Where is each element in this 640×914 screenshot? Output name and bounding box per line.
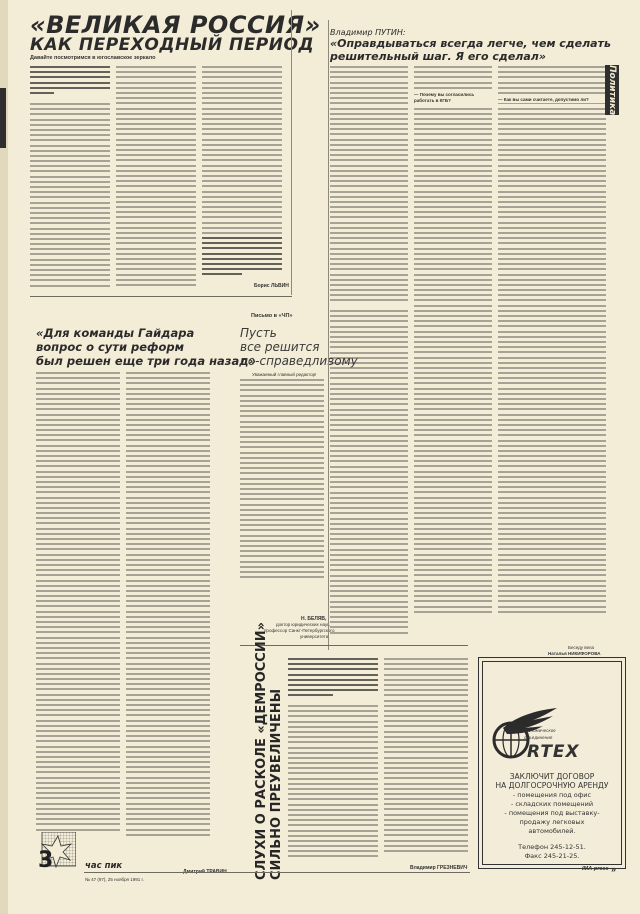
- russia-subtitle: Давайте посмотримся в югославское зеркал…: [30, 55, 155, 61]
- putin-credit-label: Беседу вела: [568, 645, 594, 650]
- letter-signature-title1: доктор юридических наук,: [276, 622, 330, 627]
- ortex-item-1: - помещения под офис: [479, 791, 625, 799]
- letter-salutation: Уважаемый главный редактор!: [252, 372, 316, 377]
- letter-col1-text: [240, 379, 324, 584]
- demrossia-lead-text: [288, 658, 378, 702]
- ortex-fax: Факс 245-21-25.: [479, 852, 625, 860]
- letter-signature-title3: университета: [300, 634, 328, 639]
- demrossia-title-line2: СИЛЬНО ПРЕУВЕЛИЧЕНЫ: [269, 689, 284, 880]
- ortex-item-2: - складских помещений: [479, 800, 625, 808]
- ortex-item-3: - помещения под выставку-: [479, 809, 625, 817]
- russia-title-line2: КАК ПЕРЕХОДНЫЙ ПЕРИОД: [30, 36, 314, 54]
- ortex-item-5: автомобилей.: [479, 827, 625, 835]
- demrossia-col1-text: [288, 705, 378, 865]
- russia-col2-text: [116, 66, 196, 288]
- letter-kicker: Письмо в «ЧП»: [251, 313, 293, 319]
- ortex-tagline-2: объединение: [524, 735, 552, 740]
- letter-title-line3: по-справедливому: [240, 354, 358, 368]
- left-section-tab: [0, 88, 6, 148]
- ortex-brand: RTEX: [527, 742, 580, 762]
- putin-question-1: — Почему вы согласились работать в КГБ?: [414, 92, 492, 104]
- ortex-item-4: продажу легковых: [479, 818, 625, 826]
- gaidar-title-line1: «Для команды Гайдара: [36, 326, 194, 340]
- demrossia-author: Владимир ГРЕЗНЕВИЧ: [410, 865, 467, 871]
- demrossia-col2-text: [384, 658, 468, 858]
- newspaper-page: «ВЕЛИКАЯ РОССИЯ» КАК ПЕРЕХОДНЫЙ ПЕРИОД Д…: [8, 0, 640, 914]
- section-label: час пик: [85, 861, 122, 871]
- letter-signature-title2: профессор Санкт-Петербургского: [264, 628, 334, 633]
- page-number-badge: 3: [36, 832, 76, 872]
- putin-col2-text: [414, 66, 492, 641]
- letter-title-line2: все решится: [240, 340, 319, 354]
- putin-title-line1: «Оправдываться всегда легче, чем сделать: [330, 37, 611, 50]
- issue-line: № 47 (97), 25 ноября 1991 г.: [85, 877, 144, 882]
- page-number: 3: [38, 848, 53, 873]
- putin-col1-text: [330, 66, 408, 306]
- russia-col1-text: [30, 103, 110, 288]
- demrossia-vertical-title: СЛУХИ О РАСКОЛЕ «ДЕМРОССИИ» СИЛЬНО ПРЕУВ…: [254, 660, 284, 880]
- russia-author: Борис ЛЬВИН: [254, 283, 289, 289]
- ortex-headline-2: НА ДОЛГОСРОЧНУЮ АРЕНДУ: [479, 781, 625, 790]
- putin-credit-name: Наталья НИКИФОРОВА: [548, 651, 600, 656]
- russia-col3-text: [202, 66, 282, 236]
- putin-col3-text: [498, 66, 606, 641]
- gaidar-col1-text: [36, 372, 120, 842]
- letter-title-line1: Пусть: [240, 326, 277, 340]
- putin-question-2: — Как вы сами считаете, допустимо ли?: [498, 97, 606, 103]
- ortex-phone: Телефон 245-12-51.: [479, 843, 625, 851]
- ortex-tagline-1: Внешнеэкономическое: [507, 728, 556, 733]
- ortex-headline-1: ЗАКЛЮЧИТ ДОГОВОР: [479, 772, 625, 781]
- russia-lead-text: [30, 66, 110, 100]
- ima-press-logo-icon: »: [611, 864, 616, 874]
- russia-closing-text: [202, 237, 282, 277]
- section-tab-politics: Политика: [605, 65, 619, 115]
- gaidar-title-line2: вопрос о сути реформ: [36, 340, 184, 354]
- putin-author-prefix: Владимир ПУТИН:: [330, 28, 406, 37]
- gaidar-title-line3: был решен еще три года назад»: [36, 354, 256, 368]
- demrossia-title-line1: СЛУХИ О РАСКОЛЕ «ДЕМРОССИИ»: [254, 622, 269, 880]
- putin-title-line2: решительный шаг. Я его сделал»: [330, 50, 546, 63]
- ortex-advertisement: Внешнеэкономическое объединение RTEX ЗАК…: [478, 657, 626, 869]
- gaidar-col2-text: [126, 372, 210, 857]
- ima-press-credit: IMA-press: [582, 866, 609, 872]
